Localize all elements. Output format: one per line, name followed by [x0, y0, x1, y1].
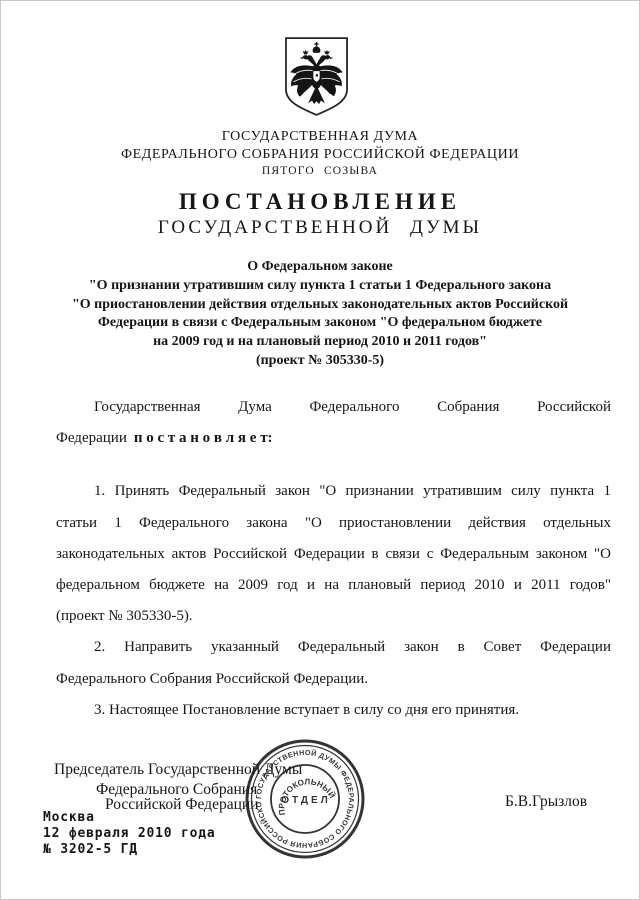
subject-line: Федерации в связи с Федеральным законом … — [1, 314, 639, 333]
document-issuer-title: ГОСУДАРСТВЕННОЙ ДУМЫ — [1, 217, 639, 239]
text-line: статьи 1 Федерального закона "О приостан… — [56, 508, 611, 539]
org-convocation: ПЯТОГО СОЗЫВА — [1, 165, 639, 177]
subject-line: О Федеральном законе — [1, 258, 639, 277]
org-name-line1: ГОСУДАРСТВЕННАЯ ДУМА — [1, 129, 639, 145]
decree-word: п о с т а н о в л я е т: — [134, 430, 273, 446]
issue-details: Москва 12 февраля 2010 года № 3202-5 ГД — [43, 810, 216, 857]
subject-block: О Федеральном законе "О признании утрати… — [1, 258, 639, 371]
russia-coat-of-arms-icon — [284, 36, 349, 117]
protocol-department-stamp: ГОСУДАРСТВЕННОЙ ДУМЫ ФЕДЕРАЛЬНОГО СОБРАН… — [243, 737, 367, 861]
subject-line: "О признании утратившим силу пункта 1 ст… — [1, 277, 639, 296]
text-line: 3. Настоящее Постановление вступает в си… — [56, 695, 611, 726]
subject-line: на 2009 год и на плановый период 2010 и … — [1, 333, 639, 352]
document-number: № 3202-5 ГД — [43, 842, 216, 858]
paragraph-item-1: 1. Принять Федеральный закон "О признани… — [56, 476, 611, 632]
issue-city: Москва — [43, 810, 216, 826]
text-line: федеральном бюджете на 2009 год и на пла… — [56, 570, 611, 601]
preamble-tail: Федерации — [56, 430, 127, 446]
text-line: Государственная Дума Федерального Собран… — [56, 392, 611, 423]
stamp-department-center-text: ОТДЕЛ — [281, 795, 330, 806]
issue-date: 12 февраля 2010 года — [43, 826, 216, 842]
org-name-line2: ФЕДЕРАЛЬНОГО СОБРАНИЯ РОССИЙСКОЙ ФЕДЕРАЦ… — [1, 147, 639, 163]
text-line: (проект № 305330-5). — [56, 601, 611, 632]
subject-line: (проект № 305330-5) — [1, 352, 639, 371]
paragraph-preamble: Государственная Дума Федерального Собран… — [56, 392, 611, 454]
document-page: ГОСУДАРСТВЕННАЯ ДУМА ФЕДЕРАЛЬНОГО СОБРАН… — [0, 0, 640, 900]
document-type-title: ПОСТАНОВЛЕНИЕ — [1, 189, 639, 215]
text-line: Федерального Собрания Российской Федерац… — [56, 664, 611, 695]
text-line: 2. Направить указанный Федеральный закон… — [56, 632, 611, 663]
text-line: 1. Принять Федеральный закон "О признани… — [56, 476, 611, 507]
text-line: законодательных актов Российской Федерац… — [56, 539, 611, 570]
text-line: Федерациип о с т а н о в л я е т: — [56, 423, 611, 454]
paragraph-item-3: 3. Настоящее Постановление вступает в си… — [56, 695, 611, 726]
paragraph-item-2: 2. Направить указанный Федеральный закон… — [56, 632, 611, 694]
subject-line: "О приостановлении действия отдельных за… — [1, 296, 639, 315]
resolution-body: Государственная Дума Федерального Собран… — [56, 392, 611, 726]
signer-name: Б.В.Грызлов — [505, 793, 587, 811]
